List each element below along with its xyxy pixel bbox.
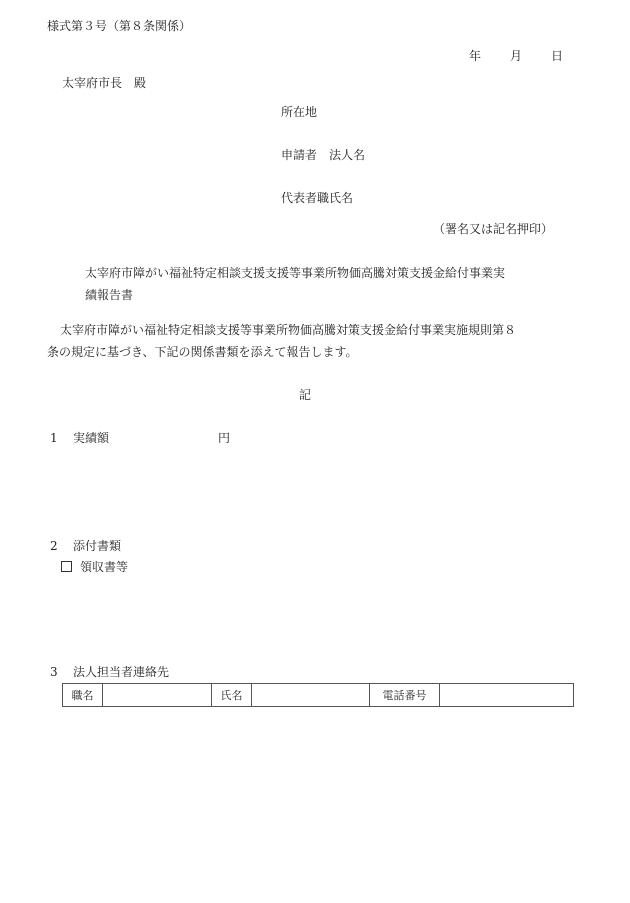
body-text-line2: 条の規定に基づき、下記の関係書類を添えて報告します。: [47, 345, 358, 359]
representative-label: 代表者職氏名: [281, 191, 353, 205]
seal-note: （署名又は記名押印）: [433, 222, 553, 236]
amount-unit: 円: [218, 431, 230, 445]
corporation-name-label: 申請者 法人名: [281, 148, 365, 162]
name-field[interactable]: [252, 684, 370, 707]
document-title-line1: 太宰府市障がい福祉特定相談支援支援等事業所物価高騰対策支援金給付事業実: [85, 266, 505, 280]
phone-label: 電話番号: [370, 684, 440, 707]
position-label: 職名: [63, 684, 103, 707]
attachment-item[interactable]: 領収書等: [61, 560, 128, 574]
addressee: 太宰府市長 殿: [62, 76, 146, 90]
name-label: 氏名: [212, 684, 252, 707]
table-row: 職名 氏名 電話番号: [63, 684, 574, 707]
form-number: 様式第３号（第８条関係）: [47, 19, 191, 33]
body-text-line1: 太宰府市障がい福祉特定相談支援等事業所物価高騰対策支援金給付事業実施規則第８: [60, 323, 516, 337]
section-1-number: 1: [50, 431, 58, 445]
date-day: 日: [551, 49, 563, 63]
document-title-line2: 績報告書: [85, 288, 133, 302]
phone-field[interactable]: [440, 684, 574, 707]
date-year: 年: [469, 49, 481, 63]
section-3-number: 3: [50, 665, 58, 679]
section-2-number: 2: [50, 539, 58, 553]
section-3-label: 法人担当者連絡先: [73, 665, 169, 679]
ki-heading: 記: [299, 388, 311, 402]
address-label: 所在地: [281, 105, 317, 119]
section-1-label: 実績額: [73, 431, 109, 445]
receipt-label: 領収書等: [80, 560, 128, 574]
position-field[interactable]: [103, 684, 212, 707]
date-month: 月: [510, 49, 522, 63]
section-2-label: 添付書類: [73, 539, 121, 553]
contact-table: 職名 氏名 電話番号: [62, 683, 574, 707]
receipt-checkbox[interactable]: [61, 561, 72, 572]
